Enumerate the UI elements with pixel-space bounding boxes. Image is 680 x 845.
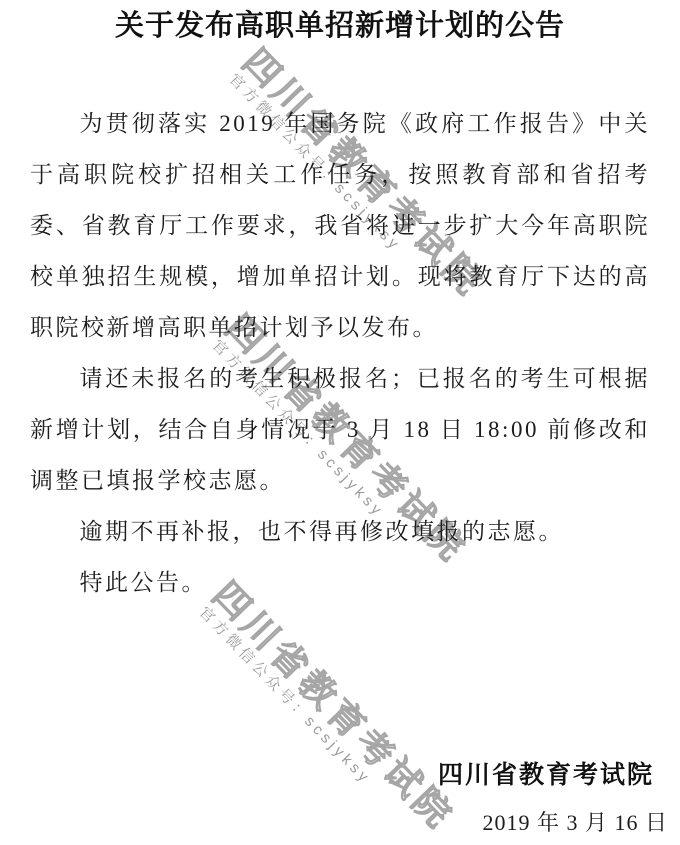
announcement-document: 四川省教育考试院 官方微信公众号：scsjyksy 四川省教育考试院 官方微信公…	[0, 0, 680, 845]
paragraph-2: 请还未报名的考生积极报名；已报名的考生可根据新增计划，结合自身情况于 3 月 1…	[30, 353, 650, 506]
paragraph-3: 逾期不再补报，也不得再修改填报的志愿。	[30, 506, 650, 557]
document-body: 为贯彻落实 2019 年国务院《政府工作报告》中关于高职院校扩招相关工作任务，按…	[0, 98, 680, 608]
paragraph-1: 为贯彻落实 2019 年国务院《政府工作报告》中关于高职院校扩招相关工作任务，按…	[30, 98, 650, 353]
page-title: 关于发布高职单招新增计划的公告	[0, 0, 680, 46]
signature-date: 2019 年 3 月 16 日	[0, 808, 680, 838]
paragraph-4: 特此公告。	[30, 557, 650, 608]
signature-agency: 四川省教育考试院	[0, 758, 680, 794]
document-content: 关于发布高职单招新增计划的公告 为贯彻落实 2019 年国务院《政府工作报告》中…	[0, 0, 680, 838]
